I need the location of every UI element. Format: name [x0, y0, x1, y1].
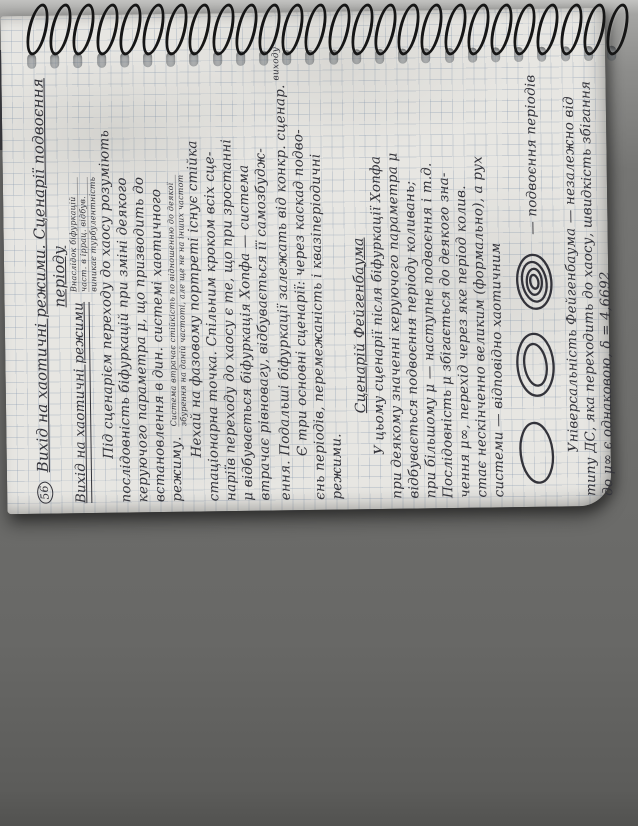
handwritten-text-block: 56 Вихід на хаотичні режими. Сценарії по…	[27, 56, 603, 504]
spiral-coils	[6, 0, 638, 70]
section-title: Вихід на хаотичні режими	[69, 302, 93, 503]
photo-of-notebook: 56 Вихід на хаотичні режими. Сценарії по…	[0, 0, 638, 826]
margin-note-small: Внаслідок біфуркацій част. в іррац. відб…	[68, 177, 99, 292]
limit-cycle-period2-icon	[510, 328, 559, 401]
page-number-badge: 56	[36, 481, 54, 505]
limit-cycle-period4-icon	[510, 251, 557, 314]
diagram-label: — подвоєння періодів	[522, 74, 541, 234]
notebook-page: 56 Вихід на хаотичні режими. Сценарії по…	[1, 8, 612, 514]
limit-cycle-diagram: — подвоєння періодів	[502, 56, 566, 497]
limit-cycle-period1-icon	[513, 416, 560, 489]
